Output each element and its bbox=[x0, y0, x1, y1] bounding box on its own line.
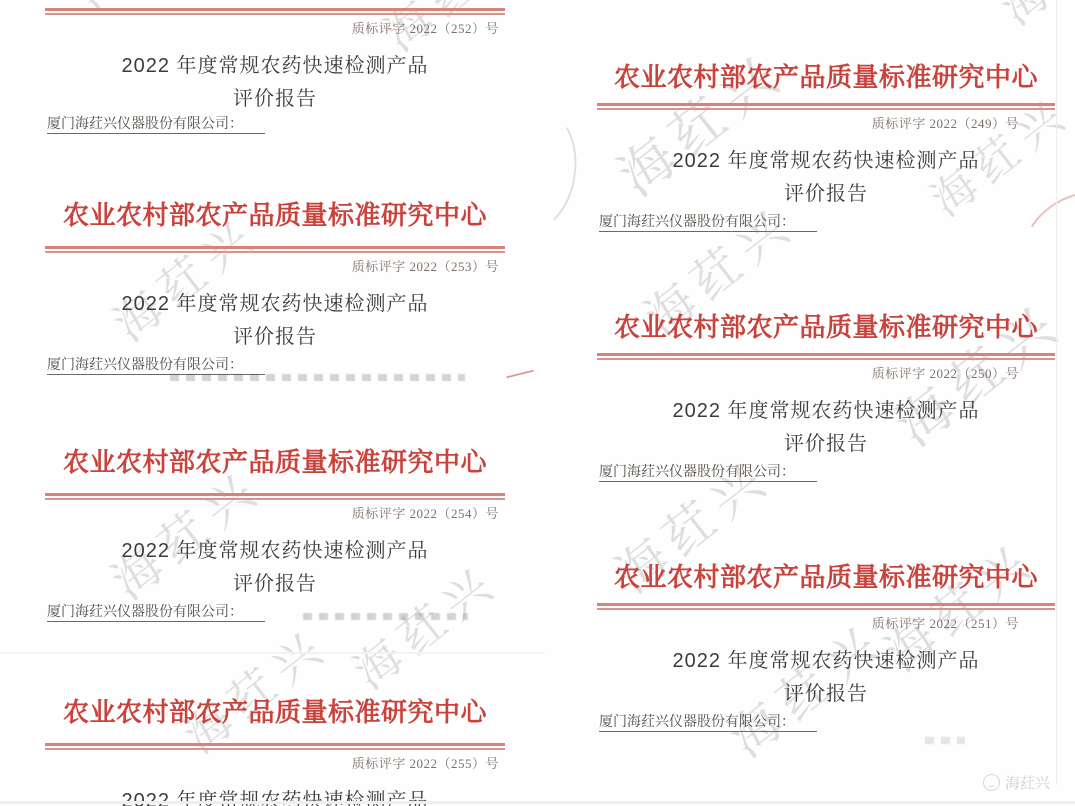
report-title-line2: 评价报告 bbox=[45, 86, 505, 112]
red-header-rule bbox=[597, 603, 1055, 610]
doc-number: 质标评字 2022（252）号 bbox=[45, 20, 505, 37]
red-header-rule bbox=[45, 743, 505, 750]
org-header: 农业农村部农产品质量标准研究中心 bbox=[45, 695, 505, 731]
report-title-line2: 评价报告 bbox=[597, 181, 1055, 207]
report-title-line2: 评价报告 bbox=[597, 431, 1055, 457]
red-header-rule bbox=[45, 246, 505, 253]
brand-logo-icon bbox=[983, 774, 1000, 791]
report-title-line1: 2022 年度常规农药快速检测产品 bbox=[597, 148, 1055, 174]
recipient-line: 厦门海荭兴仪器股份有限公司： bbox=[45, 356, 505, 375]
red-header-rule bbox=[45, 493, 505, 500]
report-title-line1: 2022 年度常规农药快速检测产品 bbox=[45, 53, 505, 79]
doc-number: 质标评字 2022（249）号 bbox=[597, 115, 1055, 132]
brand-logo: 海荭兴 bbox=[983, 772, 1050, 793]
org-header: 农业农村部农产品质量标准研究中心 bbox=[45, 445, 505, 481]
report-title-line2: 评价报告 bbox=[45, 324, 505, 350]
report-title-line2: 评价报告 bbox=[597, 681, 1055, 707]
recipient-line: 厦门海荭兴仪器股份有限公司： bbox=[597, 463, 1055, 482]
report-title-line2: 评价报告 bbox=[45, 571, 505, 597]
report-doc-252: 质标评字 2022（252）号 2022 年度常规农药快速检测产品 评价报告 厦… bbox=[45, 0, 505, 134]
report-doc-250: 农业农村部农产品质量标准研究中心 质标评字 2022（250）号 2022 年度… bbox=[597, 302, 1055, 482]
doc-number: 质标评字 2022（254）号 bbox=[45, 505, 505, 522]
org-header: 农业农村部农产品质量标准研究中心 bbox=[597, 310, 1055, 346]
report-doc-255: 农业农村部农产品质量标准研究中心 质标评字 2022（255）号 2022 年度… bbox=[45, 687, 505, 806]
document-collage: 海荭兴 海荭兴 海荭兴 海荭兴 海荭兴 海荭兴 海荭兴 海荭兴 海荭兴 海荭兴 … bbox=[0, 0, 1075, 806]
watermark-text: 海荭兴 bbox=[985, 0, 1075, 38]
page-seam bbox=[0, 652, 545, 654]
doc-number: 质标评字 2022（251）号 bbox=[597, 615, 1055, 632]
report-title-line1: 2022 年度常规农药快速检测产品 bbox=[597, 398, 1055, 424]
org-header: 农业农村部农产品质量标准研究中心 bbox=[597, 560, 1055, 596]
red-header-rule bbox=[597, 353, 1055, 360]
report-doc-253: 农业农村部农产品质量标准研究中心 质标评字 2022（253）号 2022 年度… bbox=[45, 190, 505, 375]
report-doc-254: 农业农村部农产品质量标准研究中心 质标评字 2022（254）号 2022 年度… bbox=[45, 437, 505, 622]
illegible-text-fragment bbox=[170, 374, 465, 381]
report-title-line1: 2022 年度常规农药快速检测产品 bbox=[45, 538, 505, 564]
illegible-text-fragment bbox=[925, 737, 965, 744]
illegible-text-fragment bbox=[303, 613, 468, 620]
org-header: 农业农村部农产品质量标准研究中心 bbox=[45, 198, 505, 234]
report-doc-251: 农业农村部农产品质量标准研究中心 质标评字 2022（251）号 2022 年度… bbox=[597, 552, 1055, 732]
report-doc-249: 农业农村部农产品质量标准研究中心 质标评字 2022（249）号 2022 年度… bbox=[597, 52, 1055, 232]
report-title-line1: 2022 年度常规农药快速检测产品 bbox=[45, 291, 505, 317]
doc-number: 质标评字 2022（250）号 bbox=[597, 365, 1055, 382]
page-edge-line bbox=[1056, 0, 1057, 785]
doc-number: 质标评字 2022（253）号 bbox=[45, 258, 505, 275]
recipient-line: 厦门海荭兴仪器股份有限公司： bbox=[45, 115, 505, 134]
brand-logo-text: 海荭兴 bbox=[1005, 772, 1050, 793]
report-title-line1: 2022 年度常规农药快速检测产品 bbox=[597, 648, 1055, 674]
recipient-line: 厦门海荭兴仪器股份有限公司： bbox=[597, 713, 1055, 732]
scan-artifact-red-mark bbox=[506, 370, 534, 379]
red-header-rule bbox=[597, 103, 1055, 110]
red-header-rule bbox=[45, 8, 505, 15]
org-header: 农业农村部农产品质量标准研究中心 bbox=[597, 60, 1055, 96]
doc-number: 质标评字 2022（255）号 bbox=[45, 755, 505, 772]
page-seam bbox=[0, 801, 1075, 804]
recipient-line: 厦门海荭兴仪器股份有限公司： bbox=[597, 213, 1055, 232]
